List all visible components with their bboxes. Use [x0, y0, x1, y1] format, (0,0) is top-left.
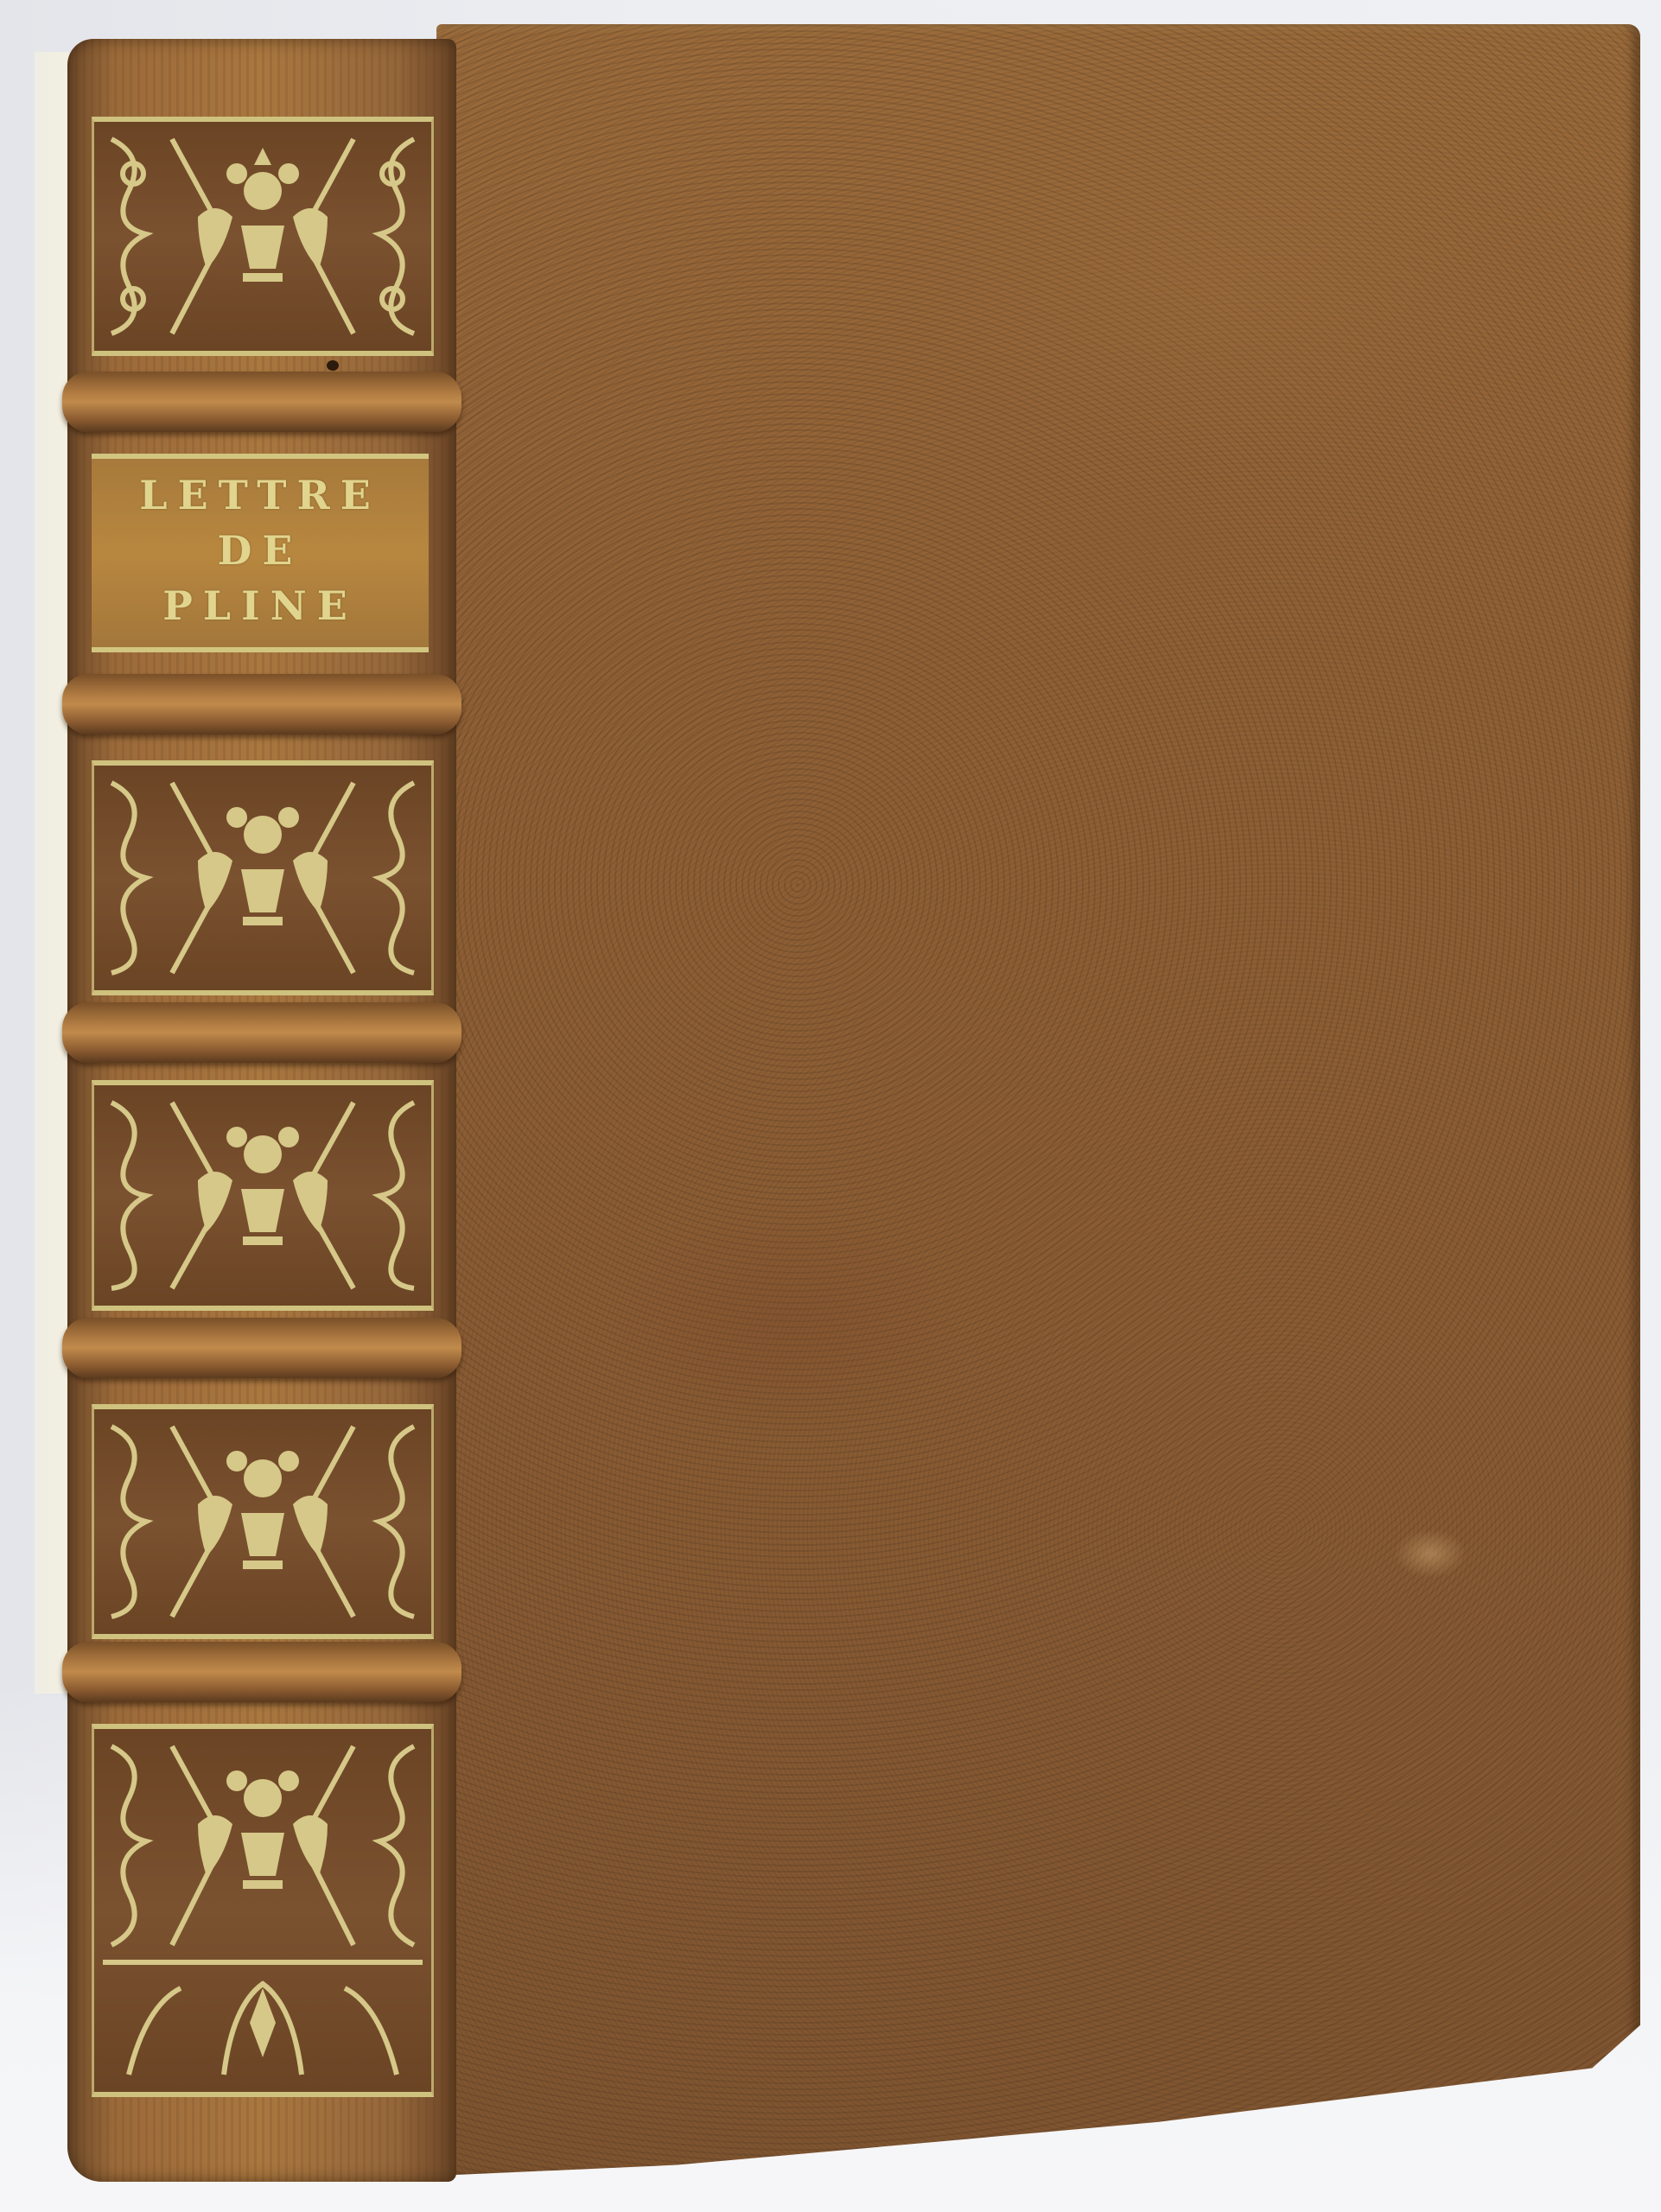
vase-ornament-icon: [94, 766, 431, 990]
spine-panel-ornament: [92, 760, 434, 995]
raised-band: [62, 1642, 461, 1702]
vase-ornament-icon: [94, 1729, 431, 2092]
book: LETTRE DE PLINE: [0, 0, 1661, 2212]
raised-band: [62, 372, 461, 432]
front-cover: [436, 24, 1640, 2176]
raised-band: [62, 1318, 461, 1378]
spine-panel-ornament: [92, 117, 434, 356]
spine-panel-ornament: [92, 1080, 434, 1311]
title-line-3: PLINE: [92, 578, 429, 633]
wormhole: [327, 360, 339, 371]
title-line-1: LETTRE: [92, 467, 429, 523]
vase-ornament-icon: [94, 122, 431, 351]
title-line-2: DE: [92, 523, 429, 578]
raised-band: [62, 674, 461, 734]
vase-ornament-icon: [94, 1085, 431, 1306]
spine: LETTRE DE PLINE: [67, 39, 456, 2182]
spine-panel-ornament: [92, 1404, 434, 1639]
raised-band: [62, 1002, 461, 1063]
spine-panel-ornament: [92, 1724, 434, 2097]
spine-title-label: LETTRE DE PLINE: [92, 454, 429, 652]
vase-ornament-icon: [94, 1409, 431, 1634]
